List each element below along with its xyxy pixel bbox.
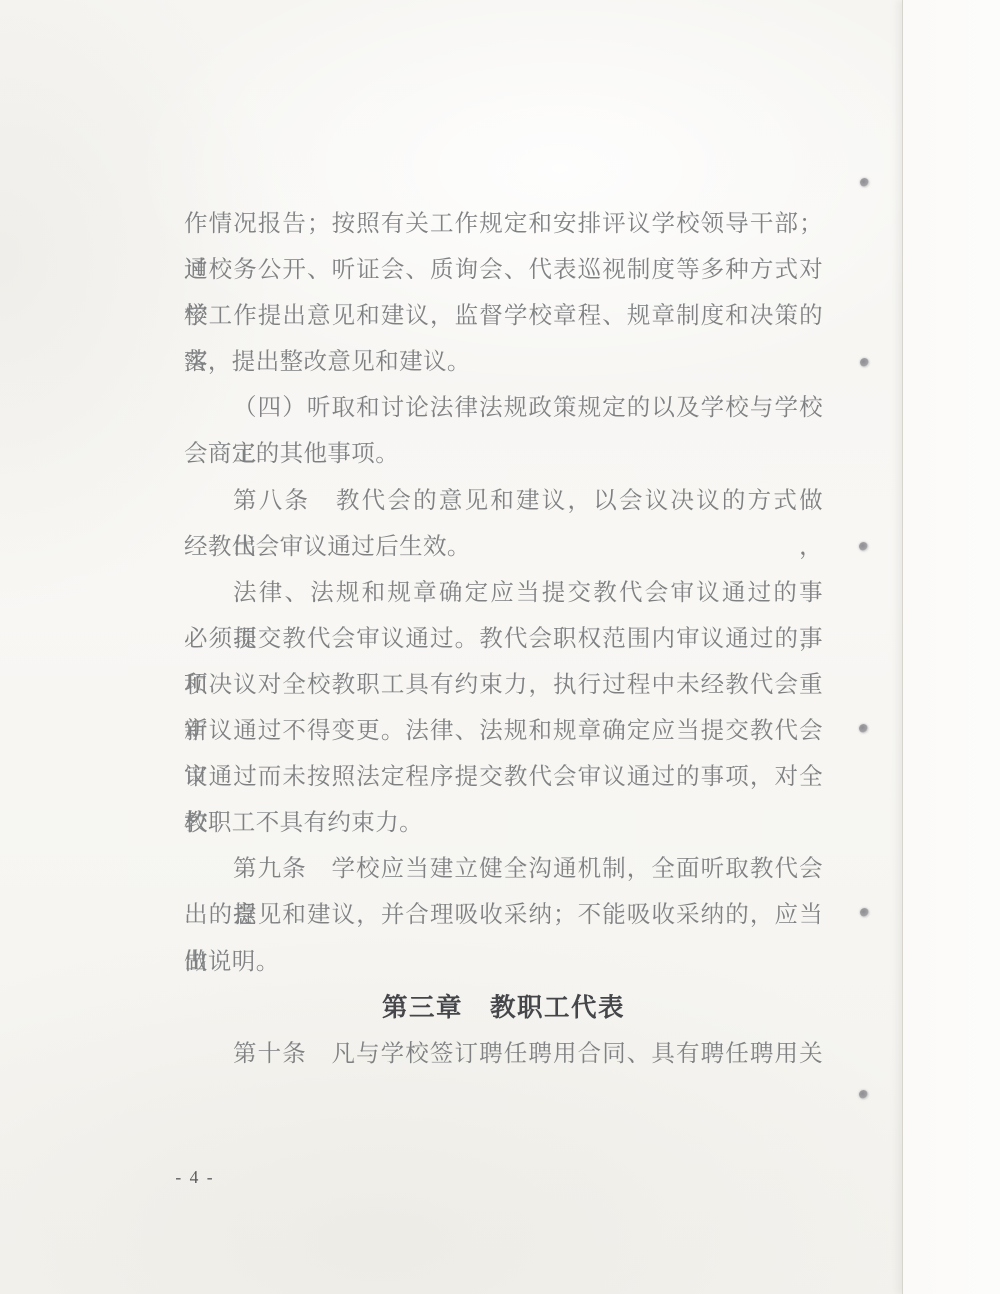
scan-page-edge [902,0,1000,1294]
binding-dot [859,724,868,733]
binding-dot [860,178,869,187]
text-line: 出的意见和建议，并合理吸收采纳；不能吸收采纳的，应当做 [184,892,823,938]
text-line: 第十条 凡与学校签订聘任聘用合同、具有聘任聘用关 [184,1031,823,1077]
text-line: 第九条 学校应当建立健全沟通机制，全面听取教代会提 [184,846,823,892]
text-line: 教职工不具有约束力。 [184,800,823,846]
text-line: 和决议对全校教职工具有约束力，执行过程中未经教代会重新 [184,662,823,708]
text-line: 实，提出整改意见和建议。 [184,339,823,385]
binding-dot [860,908,869,917]
text-line: 会商定的其他事项。 [184,431,823,477]
text-line: 第八条 教代会的意见和建议，以会议决议的方式做出， [184,478,823,524]
text-line: 作情况报告；按照有关工作规定和安排评议学校领导干部；通 [184,201,823,247]
chapter-heading: 第三章 教职工代表 [184,985,823,1031]
text-line: 过校务公开、听证会、质询会、代表巡视制度等多种方式对学 [184,247,823,293]
text-line: 校工作提出意见和建议，监督学校章程、规章制度和决策的落 [184,293,823,339]
text-line: 议通过而未按照法定程序提交教代会审议通过的事项，对全校 [184,754,823,800]
text-line: （四）听取和讨论法律法规政策规定的以及学校与学校工 [184,385,823,431]
binding-dot [859,542,868,551]
text-line: 法律、法规和规章确定应当提交教代会审议通过的事项， [184,570,823,616]
binding-dot [860,358,869,367]
page-number: - 4 - [160,1167,230,1188]
document-body: 作情况报告；按照有关工作规定和安排评议学校领导干部；通过校务公开、听证会、质询会… [184,201,823,1077]
text-line: 出说明。 [184,939,823,985]
scanned-document-page: 作情况报告；按照有关工作规定和安排评议学校领导干部；通过校务公开、听证会、质询会… [0,0,1000,1294]
binding-dot [859,1090,868,1099]
text-line: 审议通过不得变更。法律、法规和规章确定应当提交教代会审 [184,708,823,754]
text-line: 必须提交教代会审议通过。教代会职权范围内审议通过的事项 [184,616,823,662]
